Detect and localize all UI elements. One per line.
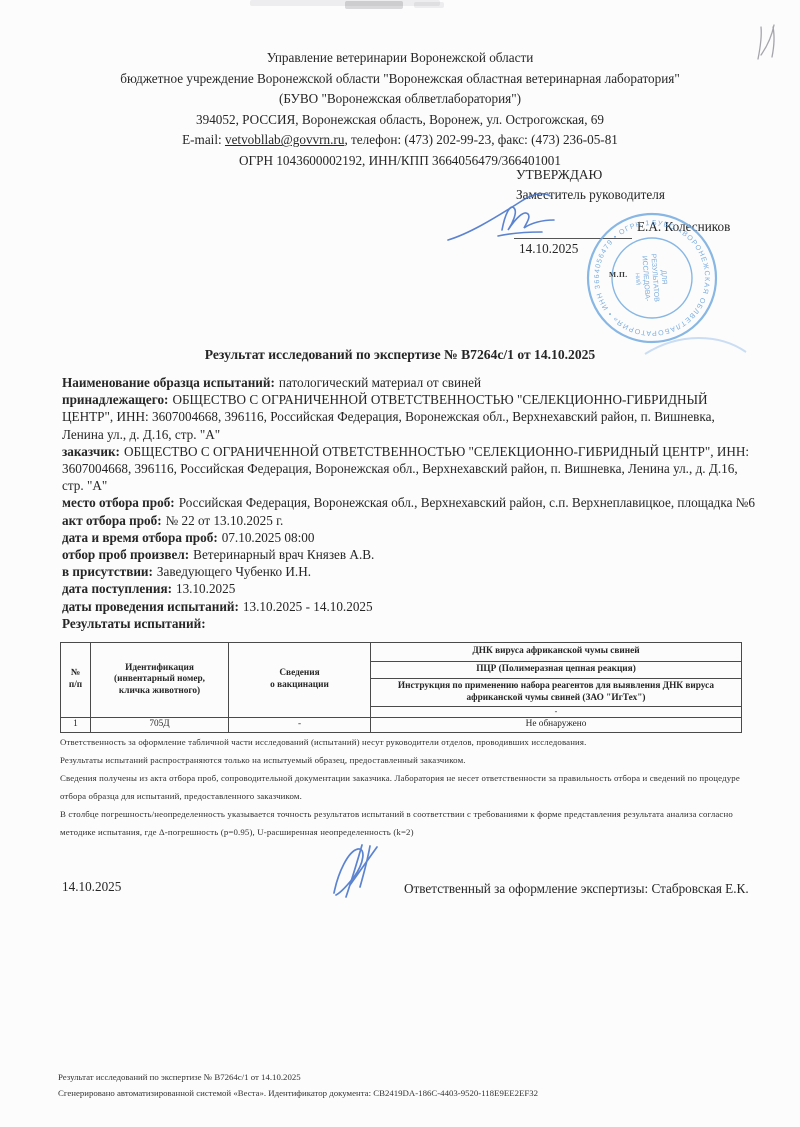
- note-information-source: Сведения получены из акта отбора проб, с…: [60, 769, 756, 805]
- stamp-place-label: М.П.: [609, 270, 628, 279]
- approval-date: 14.10.2025: [519, 241, 578, 257]
- col-header-number: № п/п: [61, 643, 91, 718]
- test-instruction-cell: Инструкция по применению набора реагенто…: [371, 679, 742, 707]
- org-registration-numbers: ОГРН 1043600002192, ИНН/КПП 3664056479/3…: [0, 151, 800, 172]
- document-footer: Результат исследований по экспертизе № В…: [58, 1070, 538, 1101]
- scan-artifact: [414, 2, 444, 8]
- executor-label: Ответственный за оформление экспертизы: …: [404, 881, 749, 897]
- test-units-cell: -: [371, 707, 742, 718]
- row-number-cell: 1: [61, 718, 91, 733]
- note-uncertainty: В столбце погрешность/неопределенность у…: [60, 805, 756, 841]
- field-sampler: отбор проб произвел:Ветеринарный врач Кн…: [62, 546, 756, 563]
- stamp-inner-line3: ИССЛЕДОВА-: [640, 255, 650, 302]
- approval-heading: УТВЕРЖДАЮ: [516, 167, 602, 183]
- field-receipt-date: дата поступления:13.10.2025: [62, 580, 756, 597]
- scanned-document-page: Управление ветеринарии Воронежской облас…: [0, 0, 800, 1127]
- phone-fax: , телефон: (473) 202-99-23, факс: (473) …: [344, 132, 617, 147]
- col-header-identification: Идентификация (инвентарный номер, кличка…: [91, 643, 229, 718]
- row-identification-cell: 705Д: [91, 718, 229, 733]
- notes-block: Ответственность за оформление табличной …: [60, 733, 756, 841]
- field-testing-dates: даты проведения испытаний:13.10.2025 - 1…: [62, 598, 756, 615]
- scan-artifact: [345, 1, 403, 9]
- test-method-cell: ПЦР (Полимеразная цепная реакция): [371, 662, 742, 679]
- email-label: E-mail:: [182, 132, 222, 147]
- org-name: бюджетное учреждение Воронежской области…: [0, 69, 800, 90]
- test-name-cell: ДНК вируса африканской чумы свиней: [371, 643, 742, 662]
- closing-date: 14.10.2025: [62, 879, 121, 895]
- field-sampling-act: акт отбора проб:№ 22 от 13.10.2025 г.: [62, 512, 756, 529]
- stamp-inner-line4: НИЙ: [634, 273, 643, 285]
- note-scope: Результаты испытаний распространяются то…: [60, 751, 756, 769]
- sample-fields: Наименование образца испытаний:патологич…: [62, 374, 756, 632]
- field-customer: заказчик:ОБЩЕСТВО С ОГРАНИЧЕННОЙ ОТВЕТСТ…: [62, 443, 756, 495]
- results-heading: Результаты испытаний:: [62, 615, 756, 632]
- org-contacts: E-mail: vetvobllab@govvrn.ru, телефон: (…: [0, 130, 800, 151]
- note-responsibility: Ответственность за оформление табличной …: [60, 733, 756, 751]
- org-authority: Управление ветеринарии Воронежской облас…: [0, 48, 800, 69]
- field-sampling-datetime: дата и время отбора проб:07.10.2025 08:0…: [62, 529, 756, 546]
- col-header-vaccination: Сведения о вакцинации: [229, 643, 371, 718]
- org-address: 394052, РОССИЯ, Воронежская область, Вор…: [0, 110, 800, 131]
- email-value: vetvobllab@govvrn.ru: [225, 132, 344, 147]
- row-result-cell: Не обнаружено: [371, 718, 742, 733]
- field-sampling-place: место отбора проб:Российская Федерация, …: [62, 494, 756, 511]
- round-stamp: БУВО «ВОРОНЕЖСКАЯ ОБЛВЕТЛАБОРАТОРИЯ» • И…: [586, 212, 718, 344]
- field-witness: в присутствии:Заведующего Чубенко И.Н.: [62, 563, 756, 580]
- row-vaccination-cell: -: [229, 718, 371, 733]
- org-short-name: (БУВО "Воронежская облветлаборатория"): [0, 89, 800, 110]
- stamp-inner-line1: ДЛЯ: [659, 270, 667, 285]
- footer-expertise-ref: Результат исследований по экспертизе № В…: [58, 1070, 538, 1086]
- field-owner: принадлежащего:ОБЩЕСТВО С ОГРАНИЧЕННОЙ О…: [62, 391, 756, 443]
- results-table: № п/п Идентификация (инвентарный номер, …: [60, 642, 742, 733]
- footer-generator-id: Сгенерировано автоматизированной системо…: [58, 1086, 538, 1102]
- field-sample-name: Наименование образца испытаний:патологич…: [62, 374, 756, 391]
- letterhead: Управление ветеринарии Воронежской облас…: [0, 48, 800, 172]
- document-title: Результат исследований по экспертизе № В…: [0, 347, 800, 363]
- table-row: 1 705Д - Не обнаружено: [61, 718, 742, 733]
- executor-signature: [322, 843, 397, 901]
